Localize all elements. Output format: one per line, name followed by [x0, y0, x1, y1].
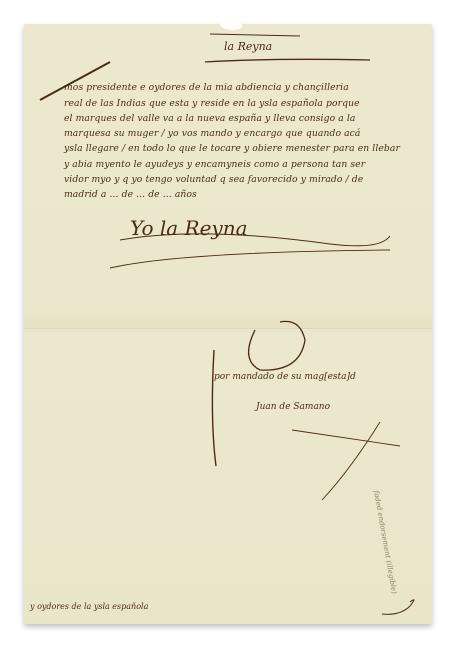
body-line: marquesa su muger / yo vos mando y encar…: [64, 128, 361, 139]
body-line: mos presidente e oydores de la mia abdie…: [64, 82, 349, 93]
heading-la-reyna: la Reyna: [224, 40, 272, 53]
countersign-text: por mandado de su mag[esta]d: [214, 372, 356, 382]
body-line: y abia myento le ayudeys y encamyneis co…: [64, 159, 365, 170]
secretary-signature: Juan de Samano: [256, 402, 330, 412]
body-line: madrid a ... de ... de ... años: [64, 189, 197, 200]
body-line: real de las Indias que esta y reside en …: [64, 98, 360, 109]
bottom-address-note: y oydores de la ysla española: [30, 602, 148, 611]
body-line: vidor myo y q yo tengo voluntad q sea fa…: [64, 174, 363, 185]
body-line: ysla llegare / en todo lo que le tocare …: [64, 143, 400, 154]
body-line: el marques del valle va a la nueva españ…: [64, 113, 355, 124]
queen-signature: Yo la Reyna: [130, 216, 248, 240]
